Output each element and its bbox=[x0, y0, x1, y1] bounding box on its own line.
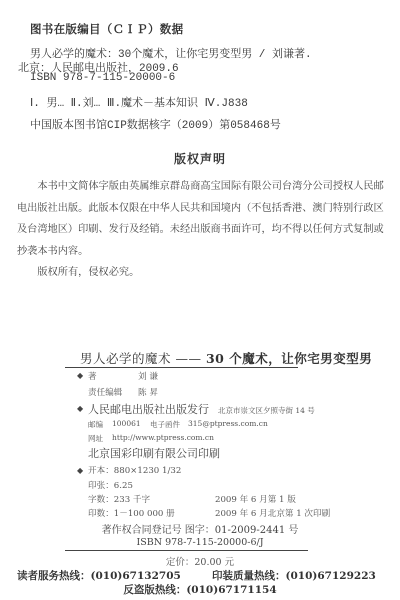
website-link[interactable]: http://www.ptpress.com.cn bbox=[112, 433, 214, 442]
editor-label: 责任编辑 bbox=[88, 386, 122, 398]
diamond-bullet-icon: ◆ bbox=[77, 371, 83, 380]
copyright-heading: 版权声明 bbox=[0, 150, 400, 167]
reader-service-hotline: 读者服务热线：(010)67132705 bbox=[17, 568, 181, 583]
printer: 北京国彩印刷有限公司印刷 bbox=[88, 445, 220, 461]
book-title-sub: 30 个魔术，让你宅男变型男 bbox=[206, 351, 372, 366]
postcode: 100061 bbox=[112, 419, 141, 428]
book-title-main: 男人必学的魔术 —— bbox=[80, 351, 206, 366]
author-label: 著 bbox=[88, 370, 97, 382]
cip-isbn-line: ISBN 978-7-115-20000-6 bbox=[30, 72, 175, 84]
copyright-paragraph: 本书中文简体字版由英属维京群岛商高宝国际有限公司台湾分公司授权人民邮电出版社出版… bbox=[17, 176, 389, 284]
book-format: 开本：880×1230 1/32 bbox=[88, 464, 181, 476]
anti-piracy-hotline: 反盗版热线：(010)67171154 bbox=[0, 582, 400, 597]
cip-classification: Ⅰ. 男… Ⅱ.刘… Ⅲ.魔术－基本知识 Ⅳ.J838 bbox=[30, 94, 248, 110]
publisher-address: 北京市崇文区夕照寺街 14 号 bbox=[218, 405, 315, 416]
word-count: 字数：233 千字 bbox=[88, 493, 150, 505]
book-title: 男人必学的魔术 —— 30 个魔术，让你宅男变型男 bbox=[80, 349, 372, 367]
printing: 2009 年 6 月北京第 1 次印刷 bbox=[215, 507, 330, 519]
publisher: 人民邮电出版社出版发行 bbox=[88, 401, 209, 417]
diamond-bullet-icon: ◆ bbox=[77, 466, 83, 475]
print-run: 印数：1－100 000 册 bbox=[88, 507, 175, 519]
copyright-text: 本书中文简体字版由英属维京群岛商高宝国际有限公司台湾分公司授权人民邮电出版社出版… bbox=[17, 176, 389, 262]
rights-reserved: 版权所有，侵权必究。 bbox=[17, 262, 389, 284]
isbn: ISBN 978-7-115-20000-6/J bbox=[0, 537, 400, 548]
cip-heading: 图书在版编目（ＣＩＰ）数据 bbox=[30, 21, 183, 37]
postcode-label: 邮编 bbox=[88, 419, 103, 430]
diamond-bullet-icon: ◆ bbox=[77, 404, 83, 413]
edition: 2009 年 6 月第 1 版 bbox=[215, 493, 296, 505]
price: 定价：20.00 元 bbox=[0, 554, 400, 568]
email[interactable]: 315@ptpress.com.cn bbox=[188, 419, 268, 428]
copyright-contract-registration: 著作权合同登记号 图字：01-2009-2441 号 bbox=[0, 521, 400, 536]
printed-sheets: 印张：6.25 bbox=[88, 479, 133, 491]
website-label: 网址 bbox=[88, 433, 103, 444]
bottom-rule bbox=[65, 550, 308, 551]
top-rule bbox=[65, 367, 298, 368]
email-label: 电子函件 bbox=[150, 419, 180, 430]
cip-verification-number: 中国版本图书馆CIP数据核字（2009）第058468号 bbox=[30, 116, 281, 132]
quality-hotline: 印装质量热线：(010)67129223 bbox=[212, 568, 376, 583]
author-name: 刘 谦 bbox=[138, 370, 158, 382]
editor-name: 陈 昇 bbox=[138, 386, 158, 398]
